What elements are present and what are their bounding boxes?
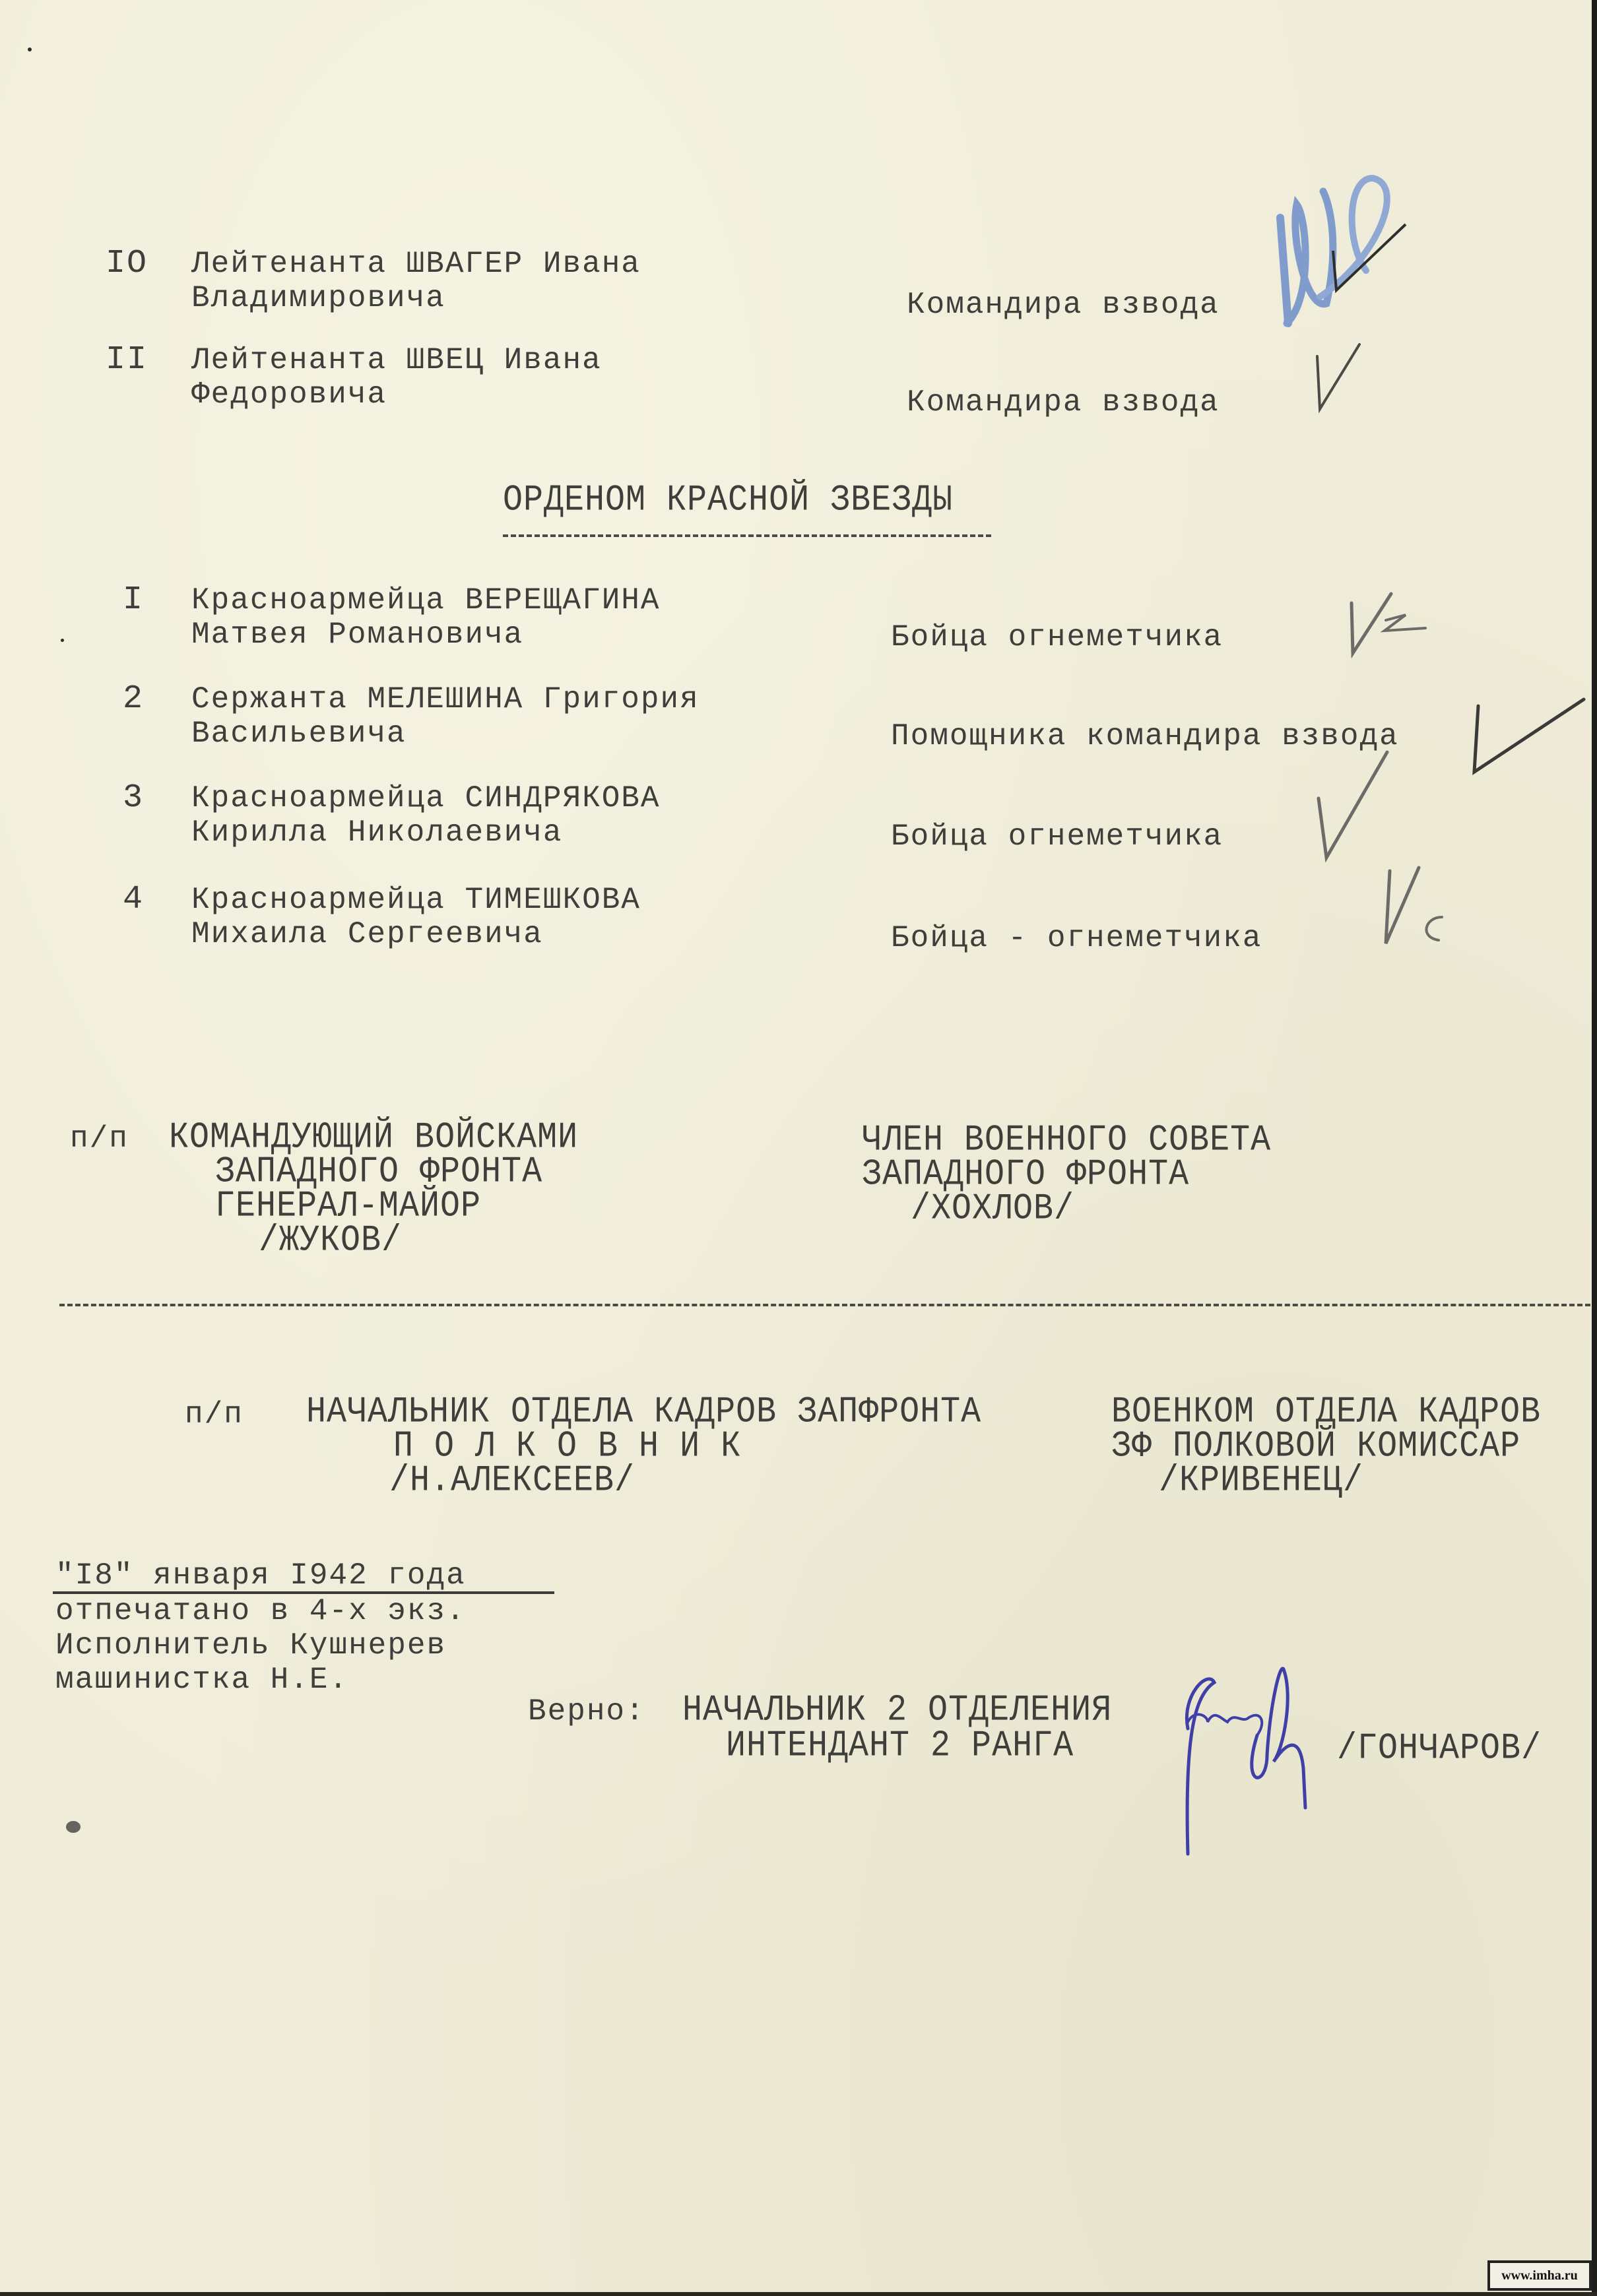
entry-patronymic: Михаила Сергеевича — [191, 917, 543, 951]
typist-note: машинистка Н.Е. — [55, 1663, 348, 1697]
entry-patronymic: Владимировича — [191, 281, 445, 315]
entry-position: Командира взвода — [907, 288, 1220, 322]
pencil-check-z-icon — [1333, 587, 1465, 666]
pencil-check-c-icon — [1379, 864, 1472, 950]
signature-prefix: п/п — [70, 1122, 129, 1156]
handwritten-signature-icon — [1168, 1656, 1353, 1867]
section-separator — [59, 1304, 1590, 1306]
signature-prefix: п/п — [185, 1397, 244, 1432]
entry-number: 3 — [123, 781, 144, 815]
commissar-name: /КРИВЕНЕЦ/ — [1159, 1462, 1363, 1500]
entry-rank-name: Лейтенанта ШВЕЦ Ивана — [191, 343, 602, 377]
entry-position: Командира взвода — [907, 385, 1220, 420]
certification-name: /ГОНЧАРОВ/ — [1337, 1730, 1542, 1768]
scan-speck — [61, 639, 64, 642]
entry-rank-name: Красноармейца СИНДРЯКОВА — [191, 781, 661, 815]
certification-title: НАЧАЛЬНИК 2 ОТДЕЛЕНИЯ — [682, 1692, 1112, 1730]
commander-name: /ЖУКОВ/ — [259, 1222, 402, 1260]
entry-patronymic: Федоровича — [191, 377, 387, 412]
scan-edge-bottom — [0, 2292, 1597, 2296]
entry-position: Бойца огнеметчика — [891, 620, 1223, 654]
pencil-check-icon — [1465, 693, 1597, 779]
entry-number: IO — [106, 247, 148, 281]
scan-speck — [28, 48, 32, 51]
entry-number: 4 — [123, 883, 144, 917]
entry-number: II — [106, 343, 148, 377]
copies-note: отпечатано в 4-х экз. — [55, 1594, 466, 1628]
entry-position: Бойца - огнеметчика — [891, 921, 1262, 955]
entry-patronymic: Васильевича — [191, 717, 407, 751]
scan-speck — [66, 1821, 81, 1833]
blue-pencil-mark-icon — [1267, 165, 1425, 336]
document-page: IO Лейтенанта ШВАГЕР Ивана Владимировича… — [0, 0, 1597, 2296]
pencil-check-icon — [1313, 746, 1406, 864]
pencil-check-icon — [1313, 343, 1366, 422]
entry-number: I — [123, 583, 144, 618]
scan-edge-right — [1592, 0, 1597, 2296]
entry-patronymic: Матвея Романовича — [191, 618, 523, 652]
entry-rank-name: Лейтенанта ШВАГЕР Ивана — [191, 247, 641, 281]
entry-rank-name: Красноармейца ТИМЕШКОВА — [191, 883, 641, 917]
document-date: "I8" января I942 года — [55, 1558, 466, 1593]
entry-patronymic: Кирилла Николаевича — [191, 815, 563, 850]
certification-label: Верно: — [528, 1694, 645, 1729]
section-heading: ОРДЕНОМ КРАСНОЙ ЗВЕЗДЫ — [503, 482, 953, 520]
entry-rank-name: Сержанта МЕЛЕШИНА Григория — [191, 682, 700, 717]
certification-rank: ИНТЕНДАНТ 2 РАНГА — [726, 1727, 1074, 1766]
entry-rank-name: Красноармейца ВЕРЕЩАГИНА — [191, 583, 661, 618]
heading-underline — [503, 534, 991, 537]
council-member-name: /ХОХЛОВ/ — [911, 1190, 1074, 1228]
personnel-chief-name: /Н.АЛЕКСЕЕВ/ — [389, 1462, 635, 1500]
entry-position: Бойца огнеметчика — [891, 819, 1223, 854]
entry-number: 2 — [123, 682, 144, 717]
executor-note: Исполнитель Кушнерев — [55, 1628, 446, 1663]
watermark-stamp: www.imha.ru — [1487, 2260, 1592, 2291]
